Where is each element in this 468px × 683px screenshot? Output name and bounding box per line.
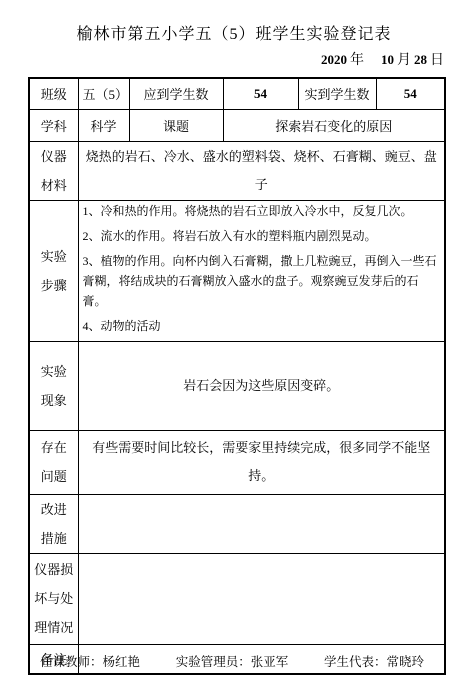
steps-label-line: 实验 bbox=[34, 242, 74, 271]
date-day-unit: 日 bbox=[430, 53, 444, 68]
phenomenon-label: 实验 现象 bbox=[29, 341, 78, 430]
problems-label: 存在 问题 bbox=[29, 430, 78, 494]
equipment-label: 仪器 材料 bbox=[29, 141, 78, 200]
actual-students-label: 实到学生数 bbox=[298, 78, 376, 109]
steps-content: 1、冷和热的作用。将烧热的岩石立即放入冷水中，反复几次。 2、流水的作用。将岩石… bbox=[78, 200, 445, 341]
step-item-4: 4、动物的活动 bbox=[83, 316, 441, 336]
damage-content bbox=[78, 553, 445, 644]
registration-table: 班级 五（5） 应到学生数 54 实到学生数 54 学科 科学 课题 探索岩石变… bbox=[28, 77, 446, 675]
student-signature: 学生代表：常晓玲 bbox=[324, 652, 424, 670]
table-row-damage: 仪器损 坏与处 理情况 bbox=[29, 553, 445, 644]
improvement-label-line: 改进 bbox=[34, 495, 74, 524]
class-label: 班级 bbox=[29, 78, 78, 109]
improvement-content bbox=[78, 494, 445, 553]
steps-label: 实验 步骤 bbox=[29, 200, 78, 341]
problems-label-line: 问题 bbox=[34, 462, 74, 491]
table-row-steps: 实验 步骤 1、冷和热的作用。将烧热的岩石立即放入冷水中，反复几次。 2、流水的… bbox=[29, 200, 445, 341]
topic-value: 探索岩石变化的原因 bbox=[223, 109, 445, 141]
date-day: 28 bbox=[411, 52, 430, 67]
damage-label-line: 坏与处 bbox=[34, 584, 74, 613]
phenomenon-label-line: 现象 bbox=[34, 386, 74, 415]
date-year-unit: 年 bbox=[350, 53, 364, 68]
signature-row: 任课教师：杨红艳 实验管理员：张亚军 学生代表：常晓玲 bbox=[40, 652, 424, 670]
manager-signature: 实验管理员：张亚军 bbox=[176, 652, 289, 670]
phenomenon-label-line: 实验 bbox=[34, 357, 74, 386]
table-row-subject: 学科 科学 课题 探索岩石变化的原因 bbox=[29, 109, 445, 141]
problems-label-line: 存在 bbox=[34, 433, 74, 462]
class-value: 五（5） bbox=[78, 78, 129, 109]
page-title: 榆林市第五小学五（5）班学生实验登记表 bbox=[0, 21, 468, 44]
actual-students-value: 54 bbox=[376, 78, 445, 109]
subject-value: 科学 bbox=[78, 109, 129, 141]
date-month-unit: 月 bbox=[397, 53, 411, 68]
table-row-phenomenon: 实验 现象 岩石会因为这些原因变碎。 bbox=[29, 341, 445, 430]
improvement-label: 改进 措施 bbox=[29, 494, 78, 553]
table-row-class: 班级 五（5） 应到学生数 54 实到学生数 54 bbox=[29, 78, 445, 109]
teacher-signature: 任课教师：杨红艳 bbox=[40, 652, 140, 670]
equipment-label-line: 材料 bbox=[34, 171, 74, 200]
table-row-equipment: 仪器 材料 烧热的岩石、冷水、盛水的塑料袋、烧杯、石膏糊、豌豆、盘子 bbox=[29, 141, 445, 200]
expected-students-value: 54 bbox=[223, 78, 298, 109]
date-year: 2020 bbox=[318, 52, 350, 67]
table-row-improvement: 改进 措施 bbox=[29, 494, 445, 553]
step-item-3: 3、植物的作用。向杯内倒入石膏糊，撒上几粒豌豆，再倒入一些石膏糊，将结成块的石膏… bbox=[83, 251, 441, 311]
problems-content: 有些需要时间比较长，需要家里持续完成，很多同学不能坚持。 bbox=[78, 430, 445, 494]
equipment-content: 烧热的岩石、冷水、盛水的塑料袋、烧杯、石膏糊、豌豆、盘子 bbox=[78, 141, 445, 200]
topic-label: 课题 bbox=[129, 109, 223, 141]
steps-label-line: 步骤 bbox=[34, 271, 74, 300]
date-month: 10 bbox=[378, 52, 397, 67]
table-row-problems: 存在 问题 有些需要时间比较长，需要家里持续完成，很多同学不能坚持。 bbox=[29, 430, 445, 494]
step-item-2: 2、流水的作用。将岩石放入有水的塑料瓶内剧烈晃动。 bbox=[83, 226, 441, 246]
step-item-1: 1、冷和热的作用。将烧热的岩石立即放入冷水中，反复几次。 bbox=[83, 201, 441, 221]
damage-label-line: 仪器损 bbox=[34, 555, 74, 584]
phenomenon-content: 岩石会因为这些原因变碎。 bbox=[78, 341, 445, 430]
subject-label: 学科 bbox=[29, 109, 78, 141]
damage-label-line: 理情况 bbox=[34, 613, 74, 642]
improvement-label-line: 措施 bbox=[34, 524, 74, 553]
experiment-registration-document: 榆林市第五小学五（5）班学生实验登记表 2020年10月28日 班级 五（5） … bbox=[0, 0, 468, 683]
expected-students-label: 应到学生数 bbox=[129, 78, 223, 109]
damage-label: 仪器损 坏与处 理情况 bbox=[29, 553, 78, 644]
equipment-label-line: 仪器 bbox=[34, 142, 74, 171]
date-line: 2020年10月28日 bbox=[318, 49, 444, 69]
